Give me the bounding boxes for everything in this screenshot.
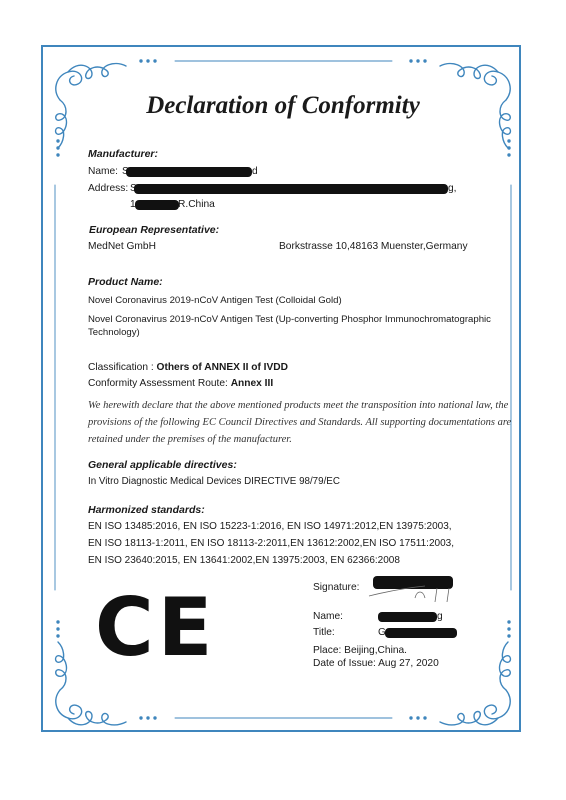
declaration-text-line: provisions of the following EC Council D… [88, 417, 511, 429]
date-of-issue: Date of Issue: Aug 27, 2020 [313, 658, 439, 670]
manufacturer-address-line2-tail: R.China [178, 199, 215, 211]
manufacturer-address-tail: g, [448, 183, 457, 195]
conformity-route-label: Conformity Assessment Route: [88, 378, 231, 389]
standards-line: EN ISO 13485:2016, EN ISO 15223-1:2016, … [88, 521, 452, 533]
product-heading: Product Name: [88, 276, 163, 288]
classification-value: Others of ANNEX II of IVDD [157, 362, 289, 373]
document-title: Declaration of Conformity [0, 92, 566, 120]
signer-name-label: Name: [313, 611, 343, 623]
standards-line: EN ISO 23640:2015, EN 13641:2002,EN 1397… [88, 555, 400, 567]
manufacturer-address-label: Address: [88, 183, 128, 195]
product-item-continued: Technology) [88, 327, 140, 339]
redaction-mark [378, 612, 437, 622]
signer-name-tail: g [437, 611, 443, 623]
ce-mark: CE [95, 588, 216, 668]
declaration-text-line: We herewith declare that the above menti… [88, 400, 508, 412]
directives-heading: General applicable directives: [88, 459, 237, 471]
redaction-mark [385, 628, 457, 638]
product-item: Novel Coronavirus 2019-nCoV Antigen Test… [88, 314, 491, 326]
conformity-route-value: Annex III [231, 378, 273, 389]
product-item: Novel Coronavirus 2019-nCoV Antigen Test… [88, 295, 342, 307]
signature-scribble [365, 582, 465, 604]
classification-label: Classification : [88, 362, 157, 373]
manufacturer-heading: Manufacturer: [88, 148, 158, 160]
manufacturer-name-label: Name: [88, 166, 118, 178]
redaction-mark [134, 184, 448, 194]
conformity-route: Conformity Assessment Route: Annex III [88, 378, 273, 390]
redaction-mark [135, 200, 179, 210]
eu-rep-address: Borkstrasse 10,48163 Muenster,Germany [279, 241, 468, 253]
standards-heading: Harmonized standards: [88, 504, 205, 516]
directives-value: In Vitro Diagnostic Medical Devices DIRE… [88, 476, 340, 488]
manufacturer-name-tail: d [252, 166, 258, 178]
classification: Classification : Others of ANNEX II of I… [88, 362, 288, 374]
signer-title-label: Title: [313, 627, 335, 639]
standards-line: EN ISO 18113-1:2011, EN ISO 18113-2:2011… [88, 538, 454, 550]
signature-label: Signature: [313, 582, 359, 594]
eu-rep-name: MedNet GmbH [88, 241, 156, 253]
eu-rep-heading: European Representative: [89, 224, 219, 236]
place: Place: Beijing,China. [313, 645, 407, 657]
declaration-text-line: retained under the premises of the manuf… [88, 434, 292, 446]
redaction-mark [126, 167, 252, 177]
